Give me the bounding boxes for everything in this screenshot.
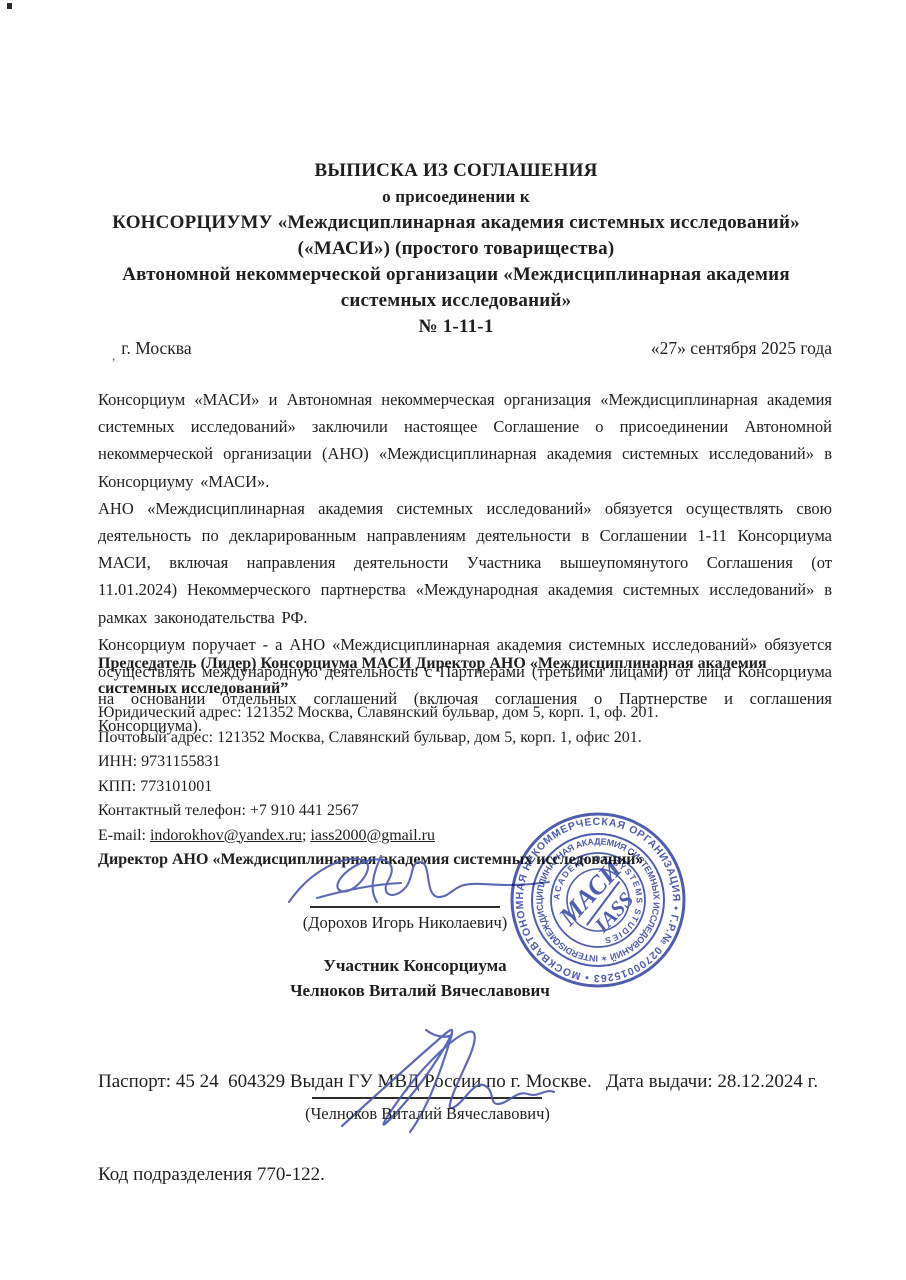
title-subline-2: КОНСОРЦИУМУ «Междисциплинарная академия … xyxy=(86,210,826,236)
title-subline-3: («МАСИ») (простого товарищества) xyxy=(86,236,826,262)
scan-artifact-comma: , xyxy=(112,348,115,363)
title-subline-4: Автономной некоммерческой организации «М… xyxy=(86,262,826,288)
title-subline-5: системных исследований» xyxy=(86,288,826,314)
scan-artifact-dot xyxy=(7,3,12,9)
signature-line-director xyxy=(310,906,500,908)
inn-line: ИНН: 9731155831 xyxy=(98,750,834,775)
passport-block: Паспорт: 45 24 604329 Выдан ГУ МВД Росси… xyxy=(98,1004,818,1252)
passport-line: Паспорт: 45 24 604329 Выдан ГУ МВД Росси… xyxy=(98,1066,818,1097)
leader-section: Председатель (Лидер) Консорциума МАСИ Ди… xyxy=(98,652,834,873)
legal-address: Юридический адрес: 121352 Москва, Славян… xyxy=(98,701,834,726)
organization-stamp: АВТОНОМНАЯ НЕКОММЕРЧЕСКАЯ ОРГАНИЗАЦИЯ • … xyxy=(508,810,688,990)
phone-line: Контактный телефон: +7 910 441 2567 xyxy=(98,799,834,824)
doc-title: ВЫПИСКА ИЗ СОГЛАШЕНИЯ xyxy=(86,158,826,184)
director-signature-caption: (Дорохов Игорь Николаевич) xyxy=(295,913,515,933)
division-code-line: Код подразделения 770-122. xyxy=(98,1159,818,1190)
kpp-line: КПП: 773101001 xyxy=(98,775,834,800)
participant-signature-caption: (Челноков Виталий Вячеславович) xyxy=(300,1104,555,1124)
document-page: ВЫПИСКА ИЗ СОГЛАШЕНИЯ о присоединении к … xyxy=(0,0,906,1280)
title-subline-1: о присоединении к xyxy=(86,184,826,210)
dateline-date: «27» сентября 2025 года xyxy=(651,338,832,359)
postal-address: Почтовый адрес: 121352 Москва, Славянски… xyxy=(98,726,834,751)
dateline: ,г. Москва «27» сентября 2025 года xyxy=(98,338,832,359)
title-block: ВЫПИСКА ИЗ СОГЛАШЕНИЯ о присоединении к … xyxy=(86,158,826,340)
body-paragraph-2: АНО «Междисциплинарная академия системны… xyxy=(98,495,832,631)
dateline-city: ,г. Москва xyxy=(98,338,192,359)
doc-number: № 1-11-1 xyxy=(86,314,826,340)
leader-heading: Председатель (Лидер) Консорциума МАСИ Ди… xyxy=(98,652,834,701)
signature-line-participant xyxy=(312,1097,542,1099)
email-label: E-mail: xyxy=(98,827,150,844)
email-link-2[interactable]: iass2000@gmail.ru xyxy=(310,827,435,844)
email-line: E-mail: indorokhov@yandex.ru; iass2000@g… xyxy=(98,824,834,849)
body-paragraph-1: Консорциум «МАСИ» и Автономная некоммерч… xyxy=(98,386,832,495)
director-line: Директор АНО «Междисциплинарная академия… xyxy=(98,848,834,873)
email-link-1[interactable]: indorokhov@yandex.ru xyxy=(150,827,302,844)
